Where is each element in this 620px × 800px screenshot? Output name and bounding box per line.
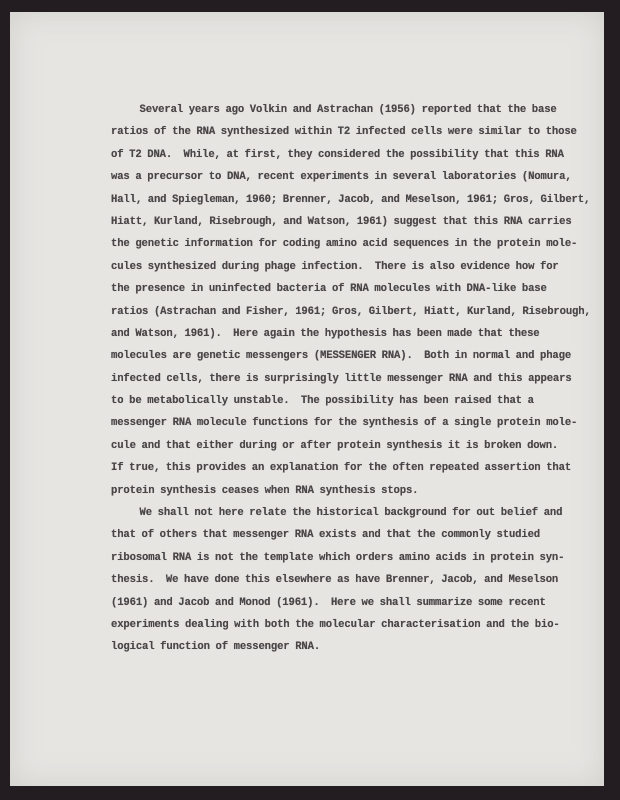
paragraph-2: We shall not here relate the historical … <box>111 502 571 659</box>
text-line: was a precursor to DNA, recent experimen… <box>111 166 571 188</box>
document-body: Several years ago Volkin and Astrachan (… <box>111 99 571 659</box>
text-line: cules synthesized during phage infection… <box>111 256 571 278</box>
text-line: to be metabolically unstable. The possib… <box>111 390 571 412</box>
text-line: experiments dealing with both the molecu… <box>111 614 571 636</box>
text-line: ratios of the RNA synthesized within T2 … <box>111 121 571 143</box>
text-line: messenger RNA molecule functions for the… <box>111 412 571 434</box>
text-line: protein synthesis ceases when RNA synthe… <box>111 480 571 502</box>
text-line: Hiatt, Kurland, Risebrough, and Watson, … <box>111 211 571 233</box>
text-line: Several years ago Volkin and Astrachan (… <box>111 99 571 121</box>
text-line: ribosomal RNA is not the template which … <box>111 547 571 569</box>
text-line: molecules are genetic messengers (MESSEN… <box>111 345 571 367</box>
text-line: the genetic information for coding amino… <box>111 233 571 255</box>
text-line: the presence in uninfected bacteria of R… <box>111 278 571 300</box>
text-line: If true, this provides an explanation fo… <box>111 457 571 479</box>
text-line: (1961) and Jacob and Monod (1961). Here … <box>111 592 571 614</box>
typewritten-page: Several years ago Volkin and Astrachan (… <box>10 12 604 786</box>
text-line: Hall, and Spiegleman, 1960; Brenner, Jac… <box>111 189 571 211</box>
text-line: of T2 DNA. While, at first, they conside… <box>111 144 571 166</box>
text-line: thesis. We have done this elsewhere as h… <box>111 569 571 591</box>
text-line: and Watson, 1961). Here again the hypoth… <box>111 323 571 345</box>
paragraph-1: Several years ago Volkin and Astrachan (… <box>111 99 571 502</box>
text-line: cule and that either during or after pro… <box>111 435 571 457</box>
text-line: logical function of messenger RNA. <box>111 636 571 658</box>
text-line: infected cells, there is surprisingly li… <box>111 368 571 390</box>
text-line: ratios (Astrachan and Fisher, 1961; Gros… <box>111 301 571 323</box>
text-line: that of others that messenger RNA exists… <box>111 524 571 546</box>
text-line: We shall not here relate the historical … <box>111 502 571 524</box>
